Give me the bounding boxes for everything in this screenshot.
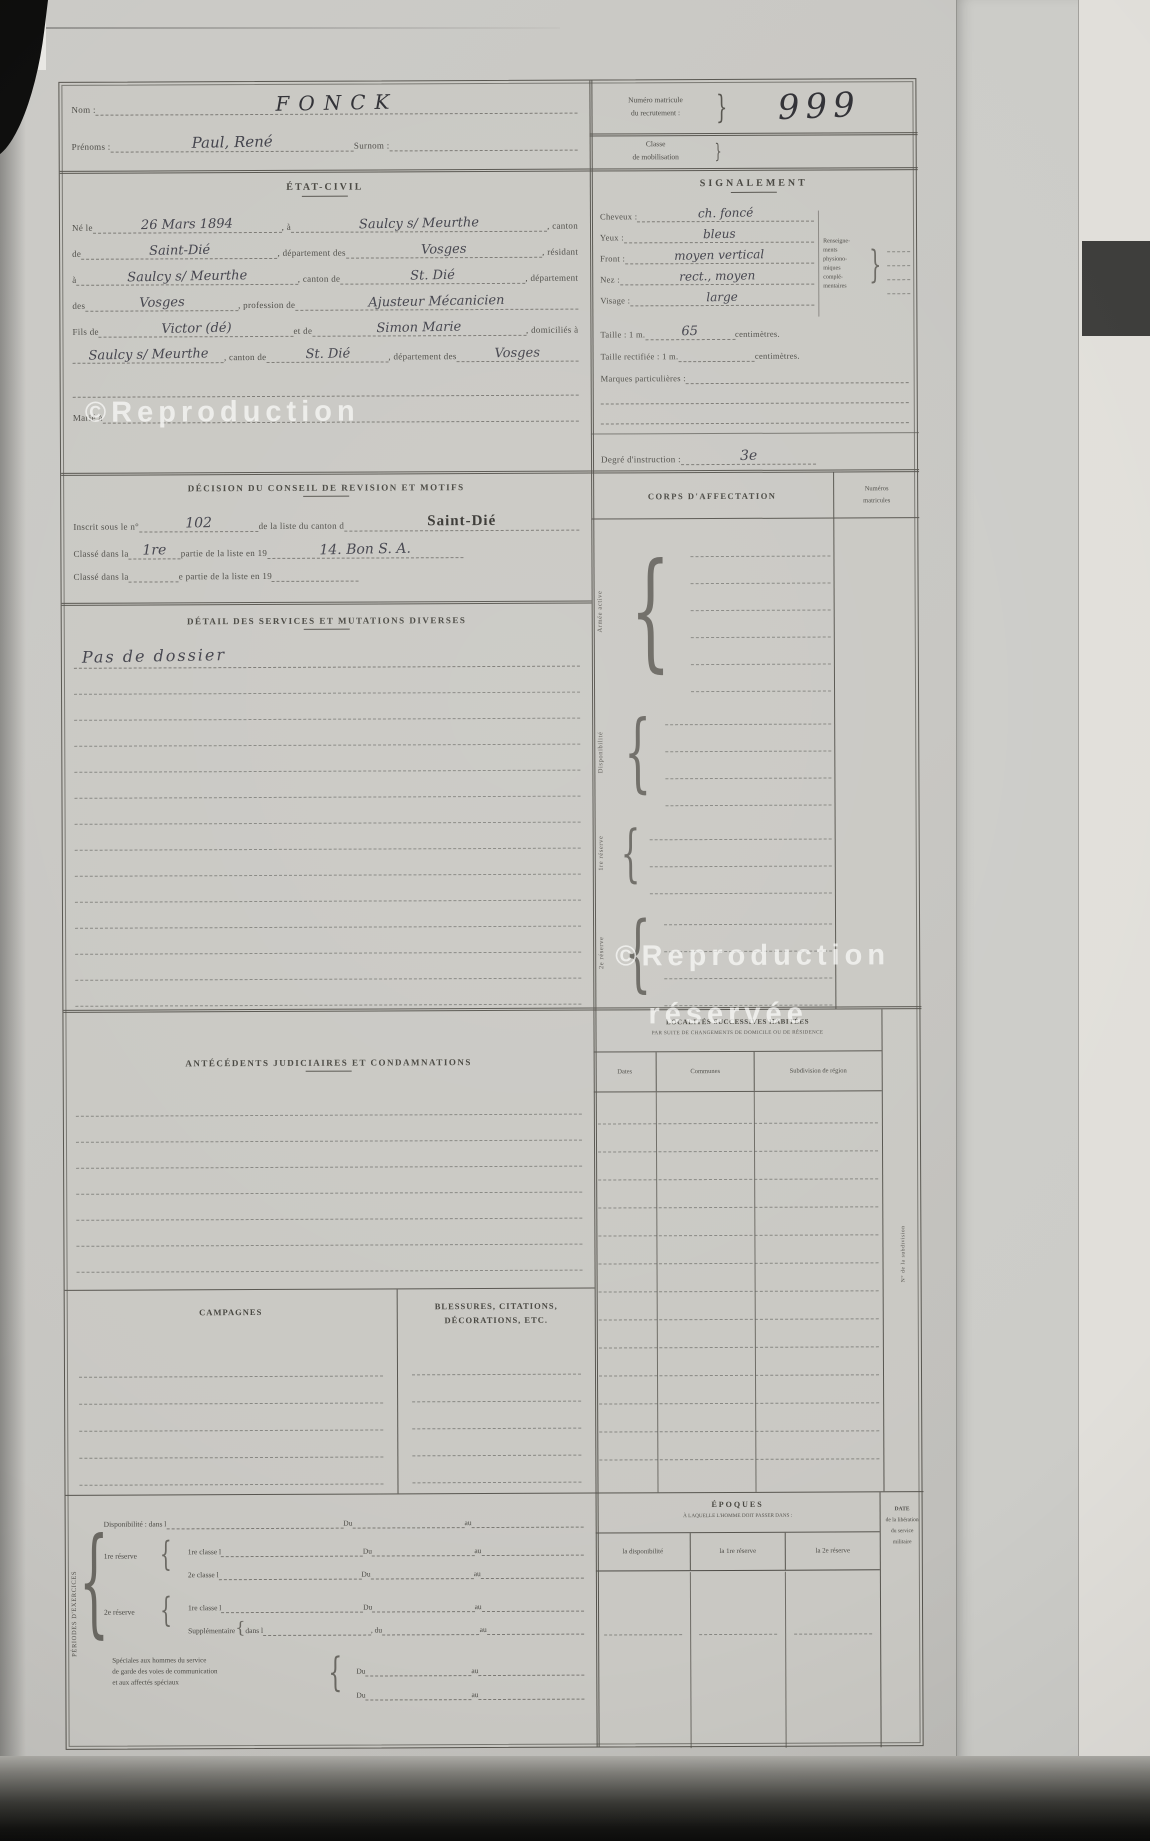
speciales-du-row-1: Du au xyxy=(356,1658,584,1677)
nom-label: Nom : xyxy=(71,105,95,116)
ruled-line xyxy=(887,252,910,266)
reserve1-brace: { xyxy=(160,1537,172,1571)
marques-row: Marques particulières : xyxy=(601,361,909,384)
antecedents-section: ANTÉCÉDENTS JUDICIAIRES ET CONDAMNATIONS xyxy=(63,1008,594,1290)
ec-hand: St. Dié xyxy=(305,349,350,360)
armee-active-label: Armée active xyxy=(597,590,610,632)
disponibilite-group: Disponibilité { xyxy=(597,699,831,806)
services-entry-line: Pas de dossier xyxy=(74,648,580,669)
blank-line xyxy=(382,1634,479,1635)
ruled-line xyxy=(599,1431,879,1460)
ruled-line xyxy=(665,725,831,753)
ec-line-3: à Saulcy s/ Meurthe , canton de St. Dié … xyxy=(72,258,578,286)
epoques-section: ÉPOQUES À LAQUELLE L'HOMME DOIT PASSER D… xyxy=(596,1491,925,1748)
matricule-brace: } xyxy=(716,87,727,125)
taille-unit: centimètres. xyxy=(735,329,780,340)
signalement-section: SIGNALEMENT Cheveux : ch. foncé Yeux : b… xyxy=(590,167,919,470)
ruled-line xyxy=(76,1141,582,1169)
speciales-line: et aux affectés spéciaux xyxy=(112,1677,324,1689)
localites-column-headers: Dates Communes Subdivision de région xyxy=(594,1051,882,1092)
ec-label: Né le xyxy=(72,223,93,234)
ec-label: , domiciliés à xyxy=(526,325,579,336)
ec-line: Vosges xyxy=(85,292,238,312)
ec-line: Saint-Dié xyxy=(81,240,277,260)
ruled-line xyxy=(650,812,832,840)
ec-line: Vosges xyxy=(457,343,579,363)
reserve2-label: 2e réserve xyxy=(104,1608,135,1617)
ec-label: , département des xyxy=(277,248,345,259)
yeux-line: bleus xyxy=(624,224,814,244)
ruled-line xyxy=(76,1115,582,1143)
front-line: moyen vertical xyxy=(625,245,814,265)
ruled-line xyxy=(887,266,910,280)
services-section: DÉTAIL DES SERVICES ET MUTATIONS DIVERSE… xyxy=(62,601,594,1010)
front-value: moyen vertical xyxy=(675,249,765,261)
blank-line xyxy=(166,1528,343,1530)
cheveux-label: Cheveux : xyxy=(600,211,637,222)
du-label: Du xyxy=(343,1519,352,1529)
date-label: DATE xyxy=(881,1504,924,1515)
ec-line xyxy=(73,395,579,398)
conseil-line xyxy=(272,581,359,582)
au-label: au xyxy=(480,1625,487,1635)
taille-label: Taille : 1 m. xyxy=(600,329,645,340)
group-brace: { xyxy=(620,822,640,884)
ec-hand: Ajusteur Mécanicien xyxy=(369,296,505,308)
blank-line xyxy=(221,1556,363,1558)
blank-line xyxy=(481,1578,584,1579)
ruled-line xyxy=(598,1151,878,1180)
localites-columns: Dates Communes Subdivision de région xyxy=(594,1051,884,1492)
nez-label: Nez : xyxy=(600,274,620,285)
disponibilite-ruled-lines xyxy=(665,698,832,807)
section-divider xyxy=(591,432,919,434)
services-entry-row: Pas de dossier xyxy=(74,642,580,669)
subdivision-number-label: N° de la subdivision xyxy=(899,1017,907,1491)
localites-header: LOCALITÉS SUCCESSIVES HABITÉES PAR SUITE… xyxy=(593,1009,881,1052)
title-rule xyxy=(306,1071,352,1072)
marie-row: Marié à xyxy=(73,402,579,424)
marie-line xyxy=(103,421,579,424)
ec-label: , département des xyxy=(388,351,456,362)
conseil-title: DÉCISION DU CONSEIL DE REVISION ET MOTIF… xyxy=(73,482,579,494)
ruled-line xyxy=(412,1429,581,1457)
epoques-cell xyxy=(690,1572,786,1748)
armee-active-group: Armée active { xyxy=(596,531,831,692)
ruled-line xyxy=(599,1375,879,1404)
matricule-label: Numéro matricule du recrutement : xyxy=(599,94,711,120)
adjacent-page-edge xyxy=(956,0,1078,1841)
disponibilite-label: Disponibilité xyxy=(597,732,610,774)
antecedents-ruled-lines xyxy=(76,1089,583,1273)
canton-stamp: Saint-Dié xyxy=(427,513,496,529)
reserve1-ruled-lines xyxy=(650,812,832,894)
ec-line: Ajusteur Mécanicien xyxy=(295,291,578,311)
ruled-line xyxy=(665,979,833,1007)
matricule-block: Numéro matricule du recrutement : } 999 … xyxy=(589,79,917,168)
note-line: ments xyxy=(823,246,863,255)
speciales-label: Spéciales aux hommes du service de garde… xyxy=(112,1655,324,1689)
au-label: au xyxy=(464,1518,471,1528)
corps-header: CORPS D'AFFECTATION Numéros matricules xyxy=(591,472,919,519)
du-label: Du xyxy=(363,1547,372,1557)
ruled-line xyxy=(599,1291,879,1320)
note-line: Renseigne- xyxy=(823,237,863,246)
ruled-line xyxy=(598,1123,878,1152)
ruled-line xyxy=(79,1349,383,1377)
blessures-column: BLESSURES, CITATIONS, DÉCORATIONS, ETC. xyxy=(398,1289,596,1494)
conseil-line-3: Classé dans la e partie de la liste en 1… xyxy=(73,558,579,583)
dispo-row: Disponibilité : dans l Du au xyxy=(104,1510,584,1530)
au-label: au xyxy=(471,1690,478,1700)
corps-title: CORPS D'AFFECTATION xyxy=(591,473,833,519)
ec-line: Vosges xyxy=(346,239,542,259)
ec-line-1: Né le 26 Mars 1894 , à Saulcy s/ Meurthe… xyxy=(72,206,578,234)
ec-label: et de xyxy=(293,326,312,337)
prenoms-label: Prénoms : xyxy=(72,142,111,153)
ec-line-2: de Saint-Dié , département des Vosges , … xyxy=(72,232,578,260)
ruled-line xyxy=(691,530,831,558)
military-record-form: Nom : FONCK Prénoms : Paul, René Surnom … xyxy=(58,78,923,1750)
prenoms-line: Paul, René xyxy=(111,133,354,153)
ruled-line xyxy=(599,1403,879,1432)
reserve1-label: 1re réserve xyxy=(104,1552,137,1561)
reserve1-classe1-row: 1re classe l Du au xyxy=(188,1538,584,1558)
ruled-line xyxy=(887,280,910,294)
nez-value: rect., moyen xyxy=(679,270,755,281)
speciales-brace: { xyxy=(328,1653,342,1693)
physiognomy-note: Renseigne- ments physiono- miques complé… xyxy=(818,210,910,316)
numeros-label-2: matricules xyxy=(834,495,919,507)
blank-line xyxy=(366,1699,472,1700)
du-label: Du xyxy=(363,1603,372,1613)
taille-row: Taille : 1 m. 65 centimètres. xyxy=(600,317,908,340)
date-label-3: du service xyxy=(881,1526,924,1537)
physiognomy-note-text: Renseigne- ments physiono- miques complé… xyxy=(823,237,863,291)
ruled-line xyxy=(79,1457,383,1485)
blank-line xyxy=(481,1555,583,1556)
classe2-label: 2e classe l xyxy=(188,1570,219,1580)
ec-hand: 26 Mars 1894 xyxy=(141,219,233,231)
reserve1-group: 1re réserve { xyxy=(598,813,832,894)
yeux-row: Yeux : bleus xyxy=(600,222,814,244)
nom-line: FONCK xyxy=(96,95,578,116)
numeros-column-divider xyxy=(833,518,836,1009)
blank-line xyxy=(372,1555,474,1556)
ec-label: , profession de xyxy=(238,300,295,311)
blank-line xyxy=(487,1634,584,1635)
ruled-line xyxy=(74,771,580,799)
prenoms-value: Paul, René xyxy=(192,136,273,147)
ruled-line xyxy=(74,719,580,747)
ruled-line xyxy=(74,745,580,773)
du-label: Du xyxy=(356,1691,365,1701)
taille-rect-unit: centimètres. xyxy=(755,351,800,362)
conseil-label: e partie de la liste en 19 xyxy=(179,571,272,582)
left-edge-shadow xyxy=(0,0,26,1841)
ec-label: , résidant xyxy=(542,247,578,258)
conseil-label: partie de la liste en 19 xyxy=(181,548,267,559)
yeux-value: bleus xyxy=(703,229,736,240)
blank-line xyxy=(482,1611,584,1612)
nom-value: FONCK xyxy=(275,96,398,111)
cheveux-value: ch. foncé xyxy=(698,207,753,218)
note-ruled-lines xyxy=(887,234,910,294)
matricule-label-1: Numéro matricule xyxy=(599,94,711,107)
matricule-value: 999 xyxy=(731,88,908,125)
conseil-line xyxy=(129,581,179,582)
ec-line: Saulcy s/ Meurthe xyxy=(73,344,224,364)
taille-rect-label: Taille rectifiée : 1 m. xyxy=(601,351,679,362)
ec-line: Victor (dé) xyxy=(99,318,294,338)
ec-label: Fils de xyxy=(72,327,98,338)
reserve2-ruled-lines xyxy=(664,898,832,1007)
numeros-column-header: Numéros matricules xyxy=(833,472,919,517)
ec-line-5: Fils de Victor (dé) et de Simon Marie , … xyxy=(72,310,578,338)
conseil-line-2: Classé dans la 1re partie de la liste en… xyxy=(73,531,579,560)
date-label-2: de la libération xyxy=(881,1515,924,1526)
epoques-table: ÉPOQUES À LAQUELLE L'HOMME DOIT PASSER D… xyxy=(596,1492,881,1748)
ec-hand: Vosges xyxy=(421,245,467,256)
reserve1-label: 1re réserve xyxy=(598,836,611,871)
ec-label: , canton xyxy=(547,221,578,232)
classe-label-2: de mobilisation xyxy=(600,151,712,164)
partie-value: 1re xyxy=(143,545,167,555)
blank-line xyxy=(478,1675,584,1676)
degre-line: 3e xyxy=(681,446,816,466)
communes-column-header: Communes xyxy=(656,1052,754,1091)
marques-extra-line xyxy=(601,403,909,424)
signalement-rows: Cheveux : ch. foncé Yeux : bleus Front :… xyxy=(600,201,814,307)
ec-label: , canton de xyxy=(298,274,341,285)
note-line: complé- xyxy=(823,273,863,282)
ruled-line xyxy=(75,953,581,981)
ruled-line xyxy=(75,901,581,929)
blank-line xyxy=(472,1527,584,1528)
marques-extra-line xyxy=(601,383,909,404)
ec-label: , canton de xyxy=(224,352,267,363)
reserve1-column-header: la 1re réserve xyxy=(690,1533,785,1570)
ruled-line xyxy=(412,1402,581,1430)
ruled-line xyxy=(74,667,580,695)
ruled-line xyxy=(75,823,581,851)
reserve2-brace: { xyxy=(160,1593,172,1627)
classe-label: Classe de mobilisation xyxy=(600,138,712,164)
campagnes-ruled-lines xyxy=(79,1349,384,1485)
title-rule xyxy=(302,196,348,197)
periodes-rotated-label: PÉRIODES D'EXERCICES xyxy=(71,1544,79,1684)
ruled-line xyxy=(79,1376,383,1404)
numeros-label-1: Numéros xyxy=(834,483,919,495)
periodes-brace: { xyxy=(79,1522,110,1640)
conseil-line: Saint-Dié xyxy=(344,512,579,532)
surnom-line xyxy=(390,150,578,152)
au-label: au xyxy=(474,1546,481,1556)
ec-hand: Saint-Dié xyxy=(149,246,210,257)
speciales-line: de garde des voies de communication xyxy=(112,1666,324,1678)
ec-label: des xyxy=(72,301,85,312)
note-line: mentaires xyxy=(823,282,863,291)
scan-bottom-shadow xyxy=(0,1756,1150,1841)
services-ruled-lines xyxy=(74,667,581,1007)
corps-affectation-section: CORPS D'AFFECTATION Numéros matricules A… xyxy=(591,469,921,1007)
localites-title-2: PAR SUITE DE CHANGEMENTS DE DOMICILE OU … xyxy=(594,1029,882,1036)
title-rule xyxy=(303,496,349,497)
blank-line xyxy=(219,1579,362,1581)
localites-title-1: LOCALITÉS SUCCESSIVES HABITÉES xyxy=(593,1017,881,1026)
reserve1-classe2-row: 2e classe l Du au xyxy=(188,1561,584,1581)
blessures-title-2: DÉCORATIONS, ETC. xyxy=(412,1313,581,1327)
ec-hand: St. Dié xyxy=(410,271,455,282)
cheveux-row: Cheveux : ch. foncé xyxy=(600,201,814,223)
speciales-line: Spéciales aux hommes du service xyxy=(112,1655,324,1667)
degre-label: Degré d'instruction : xyxy=(601,454,681,465)
ruled-line xyxy=(665,698,831,726)
front-label: Front : xyxy=(600,253,625,264)
ruled-line xyxy=(412,1375,581,1403)
visage-row: Visage : large xyxy=(600,285,814,307)
classe-brace: } xyxy=(714,138,721,162)
dates-column-header: Dates xyxy=(594,1052,656,1091)
ruled-line xyxy=(76,1219,582,1247)
conseil-revision-section: DÉCISION DU CONSEIL DE REVISION ET MOTIF… xyxy=(61,471,592,603)
ruled-line xyxy=(691,638,831,666)
nez-row: Nez : rect., moyen xyxy=(600,264,814,286)
reserve2-classe1-row: 1re classe l Du au xyxy=(188,1594,584,1614)
blank-line xyxy=(221,1612,363,1614)
classe-label-1: Classe xyxy=(600,138,712,151)
ruled-line xyxy=(599,1347,879,1376)
periodes-rows: Disponibilité : dans l Du au 1re réserve… xyxy=(104,1494,584,1496)
ec-hand: Saulcy s/ Meurthe xyxy=(88,349,208,361)
disponibilite-column-header: la disponibilité xyxy=(596,1533,690,1570)
classe1-label: 1re classe l xyxy=(188,1603,221,1613)
reserve2-label: 2e réserve xyxy=(598,936,611,969)
note-line: miques xyxy=(823,264,863,273)
surnom-label: Surnom : xyxy=(354,140,390,151)
subdivision-column-header: Subdivision de région xyxy=(754,1051,882,1091)
date-label-4: militaire xyxy=(881,1537,924,1548)
conseil-label: de la liste du canton d xyxy=(259,521,345,532)
ruled-line xyxy=(79,1403,383,1431)
antecedents-title: ANTÉCÉDENTS JUDICIAIRES ET CONDAMNATIONS xyxy=(76,1057,582,1069)
yeux-label: Yeux : xyxy=(600,232,624,243)
ec-blank-line xyxy=(73,378,579,398)
marie-label: Marié à xyxy=(73,413,103,424)
ec-line-6: Saulcy s/ Meurthe , canton de St. Dié , … xyxy=(72,336,578,364)
ruled-line xyxy=(76,1193,582,1221)
visage-value: large xyxy=(706,292,738,303)
nom-row: Nom : FONCK xyxy=(71,95,577,116)
armee-active-ruled-lines xyxy=(691,530,831,693)
ruled-line xyxy=(691,611,831,639)
signalement-bottom: Taille : 1 m. 65 centimètres. Taille rec… xyxy=(600,317,908,424)
group-brace: { xyxy=(624,709,652,795)
nez-line: rect., moyen xyxy=(620,266,814,286)
conseil-line-1: Inscrit sous le n° 102 de la liste du ca… xyxy=(73,504,579,533)
epoques-cell xyxy=(785,1571,881,1747)
conseil-label: Inscrit sous le n° xyxy=(73,522,139,533)
degre-row: Degré d'instruction : 3e xyxy=(601,442,909,465)
ruled-line xyxy=(665,925,833,953)
du-label: Du xyxy=(356,1667,365,1677)
group-brace: { xyxy=(630,547,671,675)
ruled-line xyxy=(598,1179,878,1208)
taille-value: 65 xyxy=(682,327,699,337)
speciales-du-row-2: Du au xyxy=(356,1682,584,1701)
ruled-line xyxy=(691,584,831,612)
periodes-section: PÉRIODES D'EXERCICES { Disponibilité : d… xyxy=(66,1493,597,1751)
ec-line: St. Dié xyxy=(340,265,525,285)
conseil-line: 14. Bon S. A. xyxy=(267,539,464,559)
prenoms-row: Prénoms : Paul, René Surnom : xyxy=(72,132,578,153)
du-label: Du xyxy=(361,1570,370,1580)
ec-hand: Saulcy s/ Meurthe xyxy=(127,271,247,283)
etat-civil-lines: Né le 26 Mars 1894 , à Saulcy s/ Meurthe… xyxy=(72,206,579,364)
reserve2-suppl-row: Supplémentaire { dans l , du au xyxy=(188,1617,584,1637)
localites-section: LOCALITÉS SUCCESSIVES HABITÉES PAR SUITE… xyxy=(593,1006,923,1492)
epoques-column-headers: la disponibilité la 1re réserve la 2e ré… xyxy=(596,1532,880,1571)
front-row: Front : moyen vertical xyxy=(600,243,814,265)
epoques-title-1: ÉPOQUES xyxy=(596,1499,880,1509)
ruled-line xyxy=(412,1348,581,1376)
campagnes-title: CAMPAGNES xyxy=(79,1305,383,1320)
ec-line: Saulcy s/ Meurthe xyxy=(76,266,297,286)
ruled-line xyxy=(665,752,831,780)
localites-side-column: N° de la subdivision xyxy=(881,1009,923,1491)
cheveux-line: ch. foncé xyxy=(637,203,814,223)
visage-line: large xyxy=(630,287,814,307)
epoques-cell xyxy=(596,1572,691,1748)
ruled-line xyxy=(599,1319,879,1348)
campagnes-column: CAMPAGNES xyxy=(65,1289,399,1494)
du-label: , du xyxy=(371,1625,382,1635)
etat-civil-title: ÉTAT-CIVIL xyxy=(72,181,578,194)
epoques-side-column: DATE de la libération du service militai… xyxy=(880,1492,925,1747)
ruled-line xyxy=(650,839,832,867)
ruled-line xyxy=(665,779,831,807)
ruled-line xyxy=(664,898,832,926)
ruled-line xyxy=(794,1633,872,1634)
au-label: au xyxy=(474,1569,481,1579)
classe-row: Classe de mobilisation } xyxy=(590,135,918,165)
ec-hand: Vosges xyxy=(139,298,185,309)
au-label: au xyxy=(475,1602,482,1612)
ruled-line xyxy=(650,866,832,894)
ec-hand: Simon Marie xyxy=(377,323,462,335)
blank-line xyxy=(371,1578,474,1579)
conseil-label: Classé dans la xyxy=(73,549,128,560)
conseil-line: 102 xyxy=(139,513,259,533)
annee-decision-value: 14. Bon S. A. xyxy=(320,544,412,556)
blank-line xyxy=(479,1699,585,1700)
group-brace: { xyxy=(624,910,651,994)
title-rule xyxy=(304,629,350,630)
ruled-line xyxy=(412,1456,581,1484)
conseil-label: Classé dans la xyxy=(74,572,129,583)
note-line: physiono- xyxy=(823,255,863,264)
numero-liste-value: 102 xyxy=(185,518,212,528)
marques-label: Marques particulières : xyxy=(601,373,686,384)
scanned-document: Nom : FONCK Prénoms : Paul, René Surnom … xyxy=(0,0,1150,1841)
ruled-line xyxy=(75,927,581,955)
au-label: au xyxy=(471,1666,478,1676)
services-title: DÉTAIL DES SERVICES ET MUTATIONS DIVERSE… xyxy=(74,615,580,627)
blessures-title-1: BLESSURES, CITATIONS, xyxy=(412,1300,581,1314)
ec-hand: Victor (dé) xyxy=(161,324,231,335)
ruled-line xyxy=(75,875,581,903)
reserve2-group: 2e réserve { xyxy=(598,901,832,1004)
